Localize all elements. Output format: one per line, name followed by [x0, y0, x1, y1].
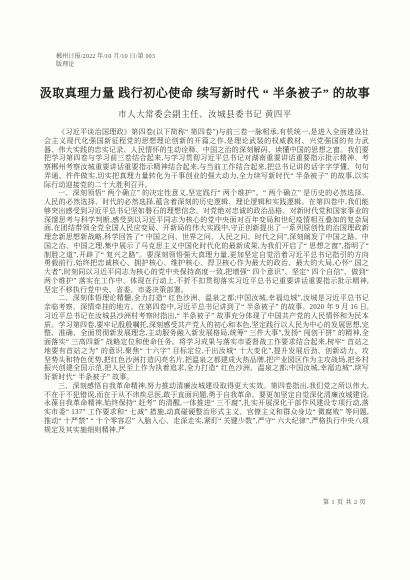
article-title: 汲取真理力量 践行初心使命 续写新时代 “ 半条被子” 的故事: [20, 84, 390, 101]
source-line-2: 版理论: [56, 62, 155, 70]
article-paragraph-4: 三、深刻感悟自我革命精神,努力推动清廉汝城建设取得更大实效。第四卷指出,我们党之…: [44, 382, 369, 435]
article-paragraph-3: 二、深刻体悟理论精髓,全力打造“ 红色沙洲、温泉之都;中国汝城,幸福边城”,汝城…: [44, 294, 369, 382]
article-byline: 市人大常委会副主任、汝城县委书记 黄四平: [0, 108, 410, 120]
document-page: 郴州日报/2022 年/10 月/10 日/第 003 版理论 汲取真理力量 践…: [0, 0, 410, 580]
article-paragraph-2: 一、深刻领悟“ 两个确立” 的决定性意义,坚定践行“ 两个维护”。“ 两个确立”…: [44, 189, 369, 294]
page-number-indicator: 第 1 页 共 2 页: [323, 497, 366, 506]
article-body: 《习近平谈治国理政》第四卷(以下简称“ 第四卷”)与前三卷一脉相承,有机统一,是…: [44, 128, 369, 434]
source-header: 郴州日报/2022 年/10 月/10 日/第 003 版理论: [56, 54, 155, 69]
article-paragraph-1: 《习近平谈治国理政》第四卷(以下简称“ 第四卷”)与前三卷一脉相承,有机统一,是…: [44, 128, 369, 189]
source-line-1: 郴州日报/2022 年/10 月/10 日/第 003: [56, 54, 155, 62]
